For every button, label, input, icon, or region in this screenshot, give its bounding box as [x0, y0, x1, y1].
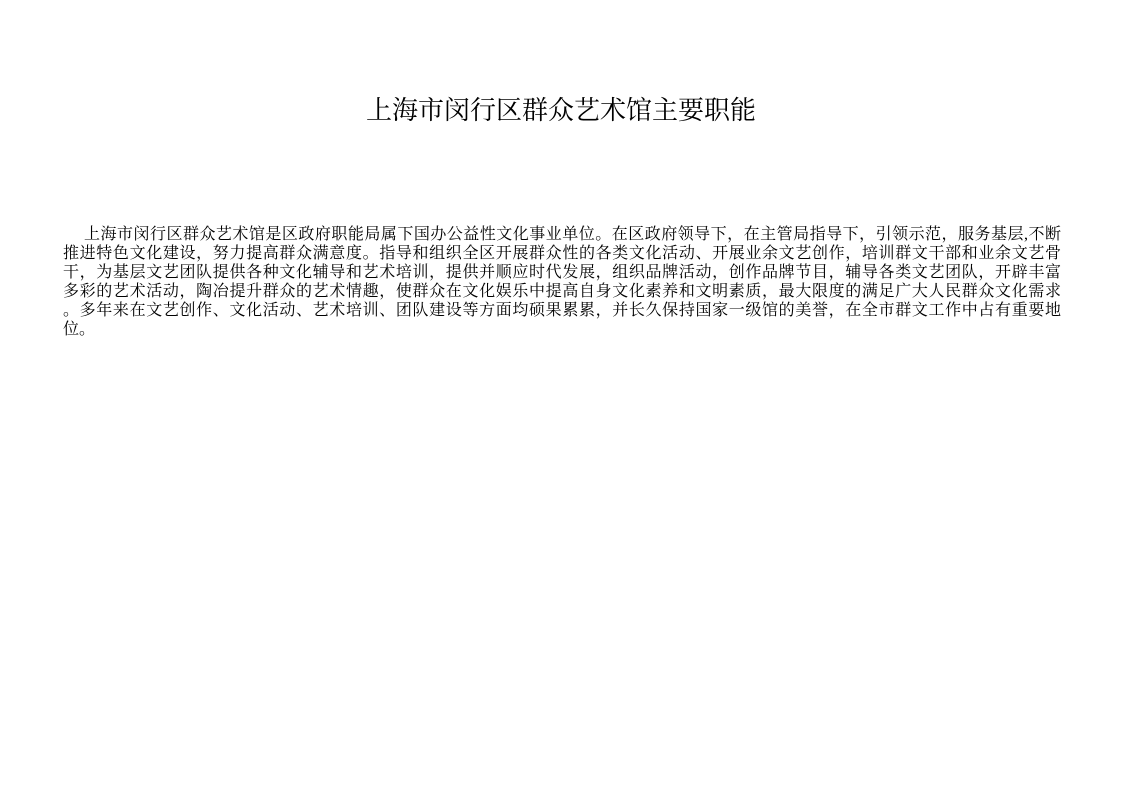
body-line: 多彩的艺术活动，陶冶提升群众的艺术情趣，使群众在文化娱乐中提高自身文化素养和文明…: [63, 282, 1061, 301]
body-line: 。多年来在文艺创作、文化活动、艺术培训、团队建设等方面均硕果累累，并长久保持国家…: [63, 301, 1061, 320]
document-page: 上海市闵行区群众艺术馆主要职能 上海市闵行区群众艺术馆是区政府职能局属下国办公益…: [0, 0, 1122, 793]
body-line: 位。: [63, 320, 1061, 339]
body-line: 干，为基层文艺团队提供各种文化辅导和艺术培训，提供并顺应时代发展，组织品牌活动，…: [63, 263, 1061, 282]
document-title: 上海市闵行区群众艺术馆主要职能: [0, 94, 1122, 128]
body-line: 推进特色文化建设，努力提高群众满意度。指导和组织全区开展群众性的各类文化活动、开…: [63, 244, 1061, 263]
body-line: 上海市闵行区群众艺术馆是区政府职能局属下国办公益性文化事业单位。在区政府领导下，…: [63, 225, 1061, 244]
document-body: 上海市闵行区群众艺术馆是区政府职能局属下国办公益性文化事业单位。在区政府领导下，…: [63, 225, 1061, 339]
